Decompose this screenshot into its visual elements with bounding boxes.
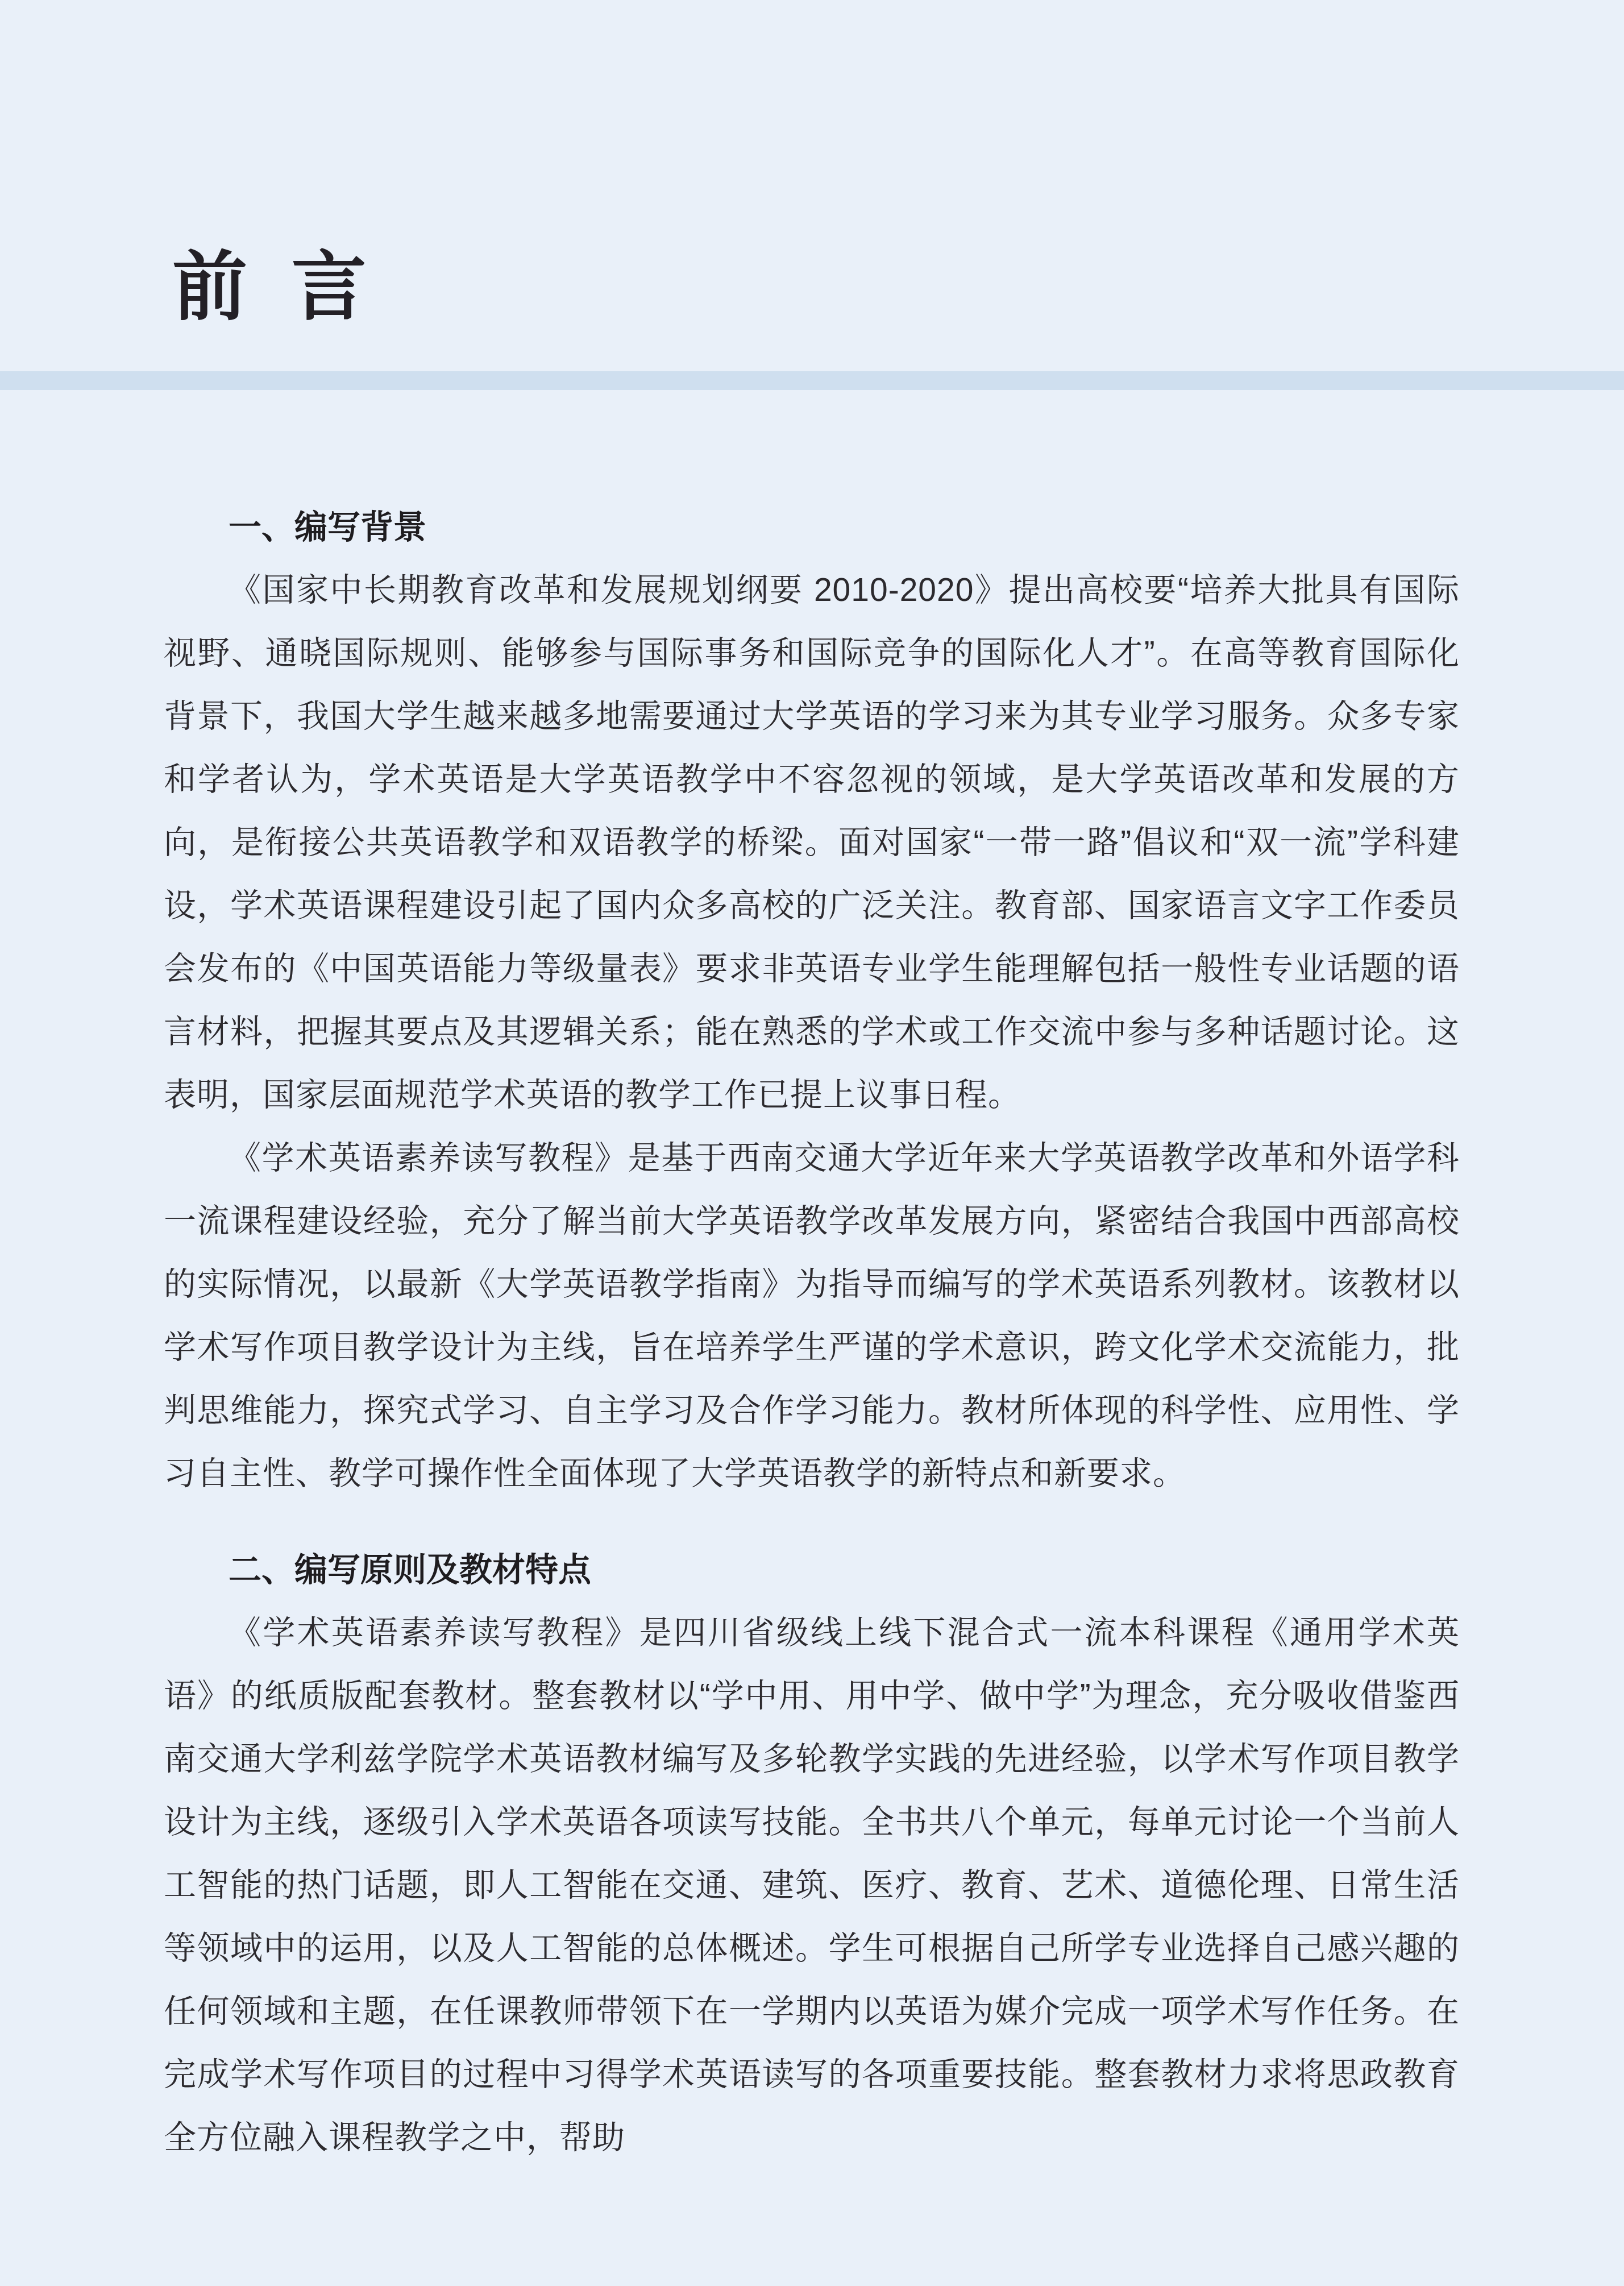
title-divider-band — [0, 371, 1624, 390]
page-title: 前 言 — [172, 244, 368, 330]
section-1-heading: 一、编写背景 — [164, 496, 1460, 559]
page-content: 一、编写背景 《国家中长期教育改革和发展规划纲要 2010-2020》提出高校要… — [164, 496, 1460, 2169]
section-2-paragraph-1: 《学术英语素养读写教程》是四川省级线上线下混合式一流本科课程《通用学术英语》的纸… — [164, 1602, 1460, 2169]
section-2-heading: 二、编写原则及教材特点 — [164, 1538, 1460, 1602]
section-1-paragraph-2: 《学术英语素养读写教程》是基于西南交通大学近年来大学英语教学改革和外语学科一流课… — [164, 1127, 1460, 1505]
section-1-paragraph-1: 《国家中长期教育改革和发展规划纲要 2010-2020》提出高校要“培养大批具有… — [164, 559, 1460, 1127]
section-writing-background: 一、编写背景 《国家中长期教育改革和发展规划纲要 2010-2020》提出高校要… — [164, 496, 1460, 1505]
section-principles-and-features: 二、编写原则及教材特点 《学术英语素养读写教程》是四川省级线上线下混合式一流本科… — [164, 1538, 1460, 2169]
preface-page: 前 言 一、编写背景 《国家中长期教育改革和发展规划纲要 2010-2020》提… — [0, 0, 1624, 2286]
